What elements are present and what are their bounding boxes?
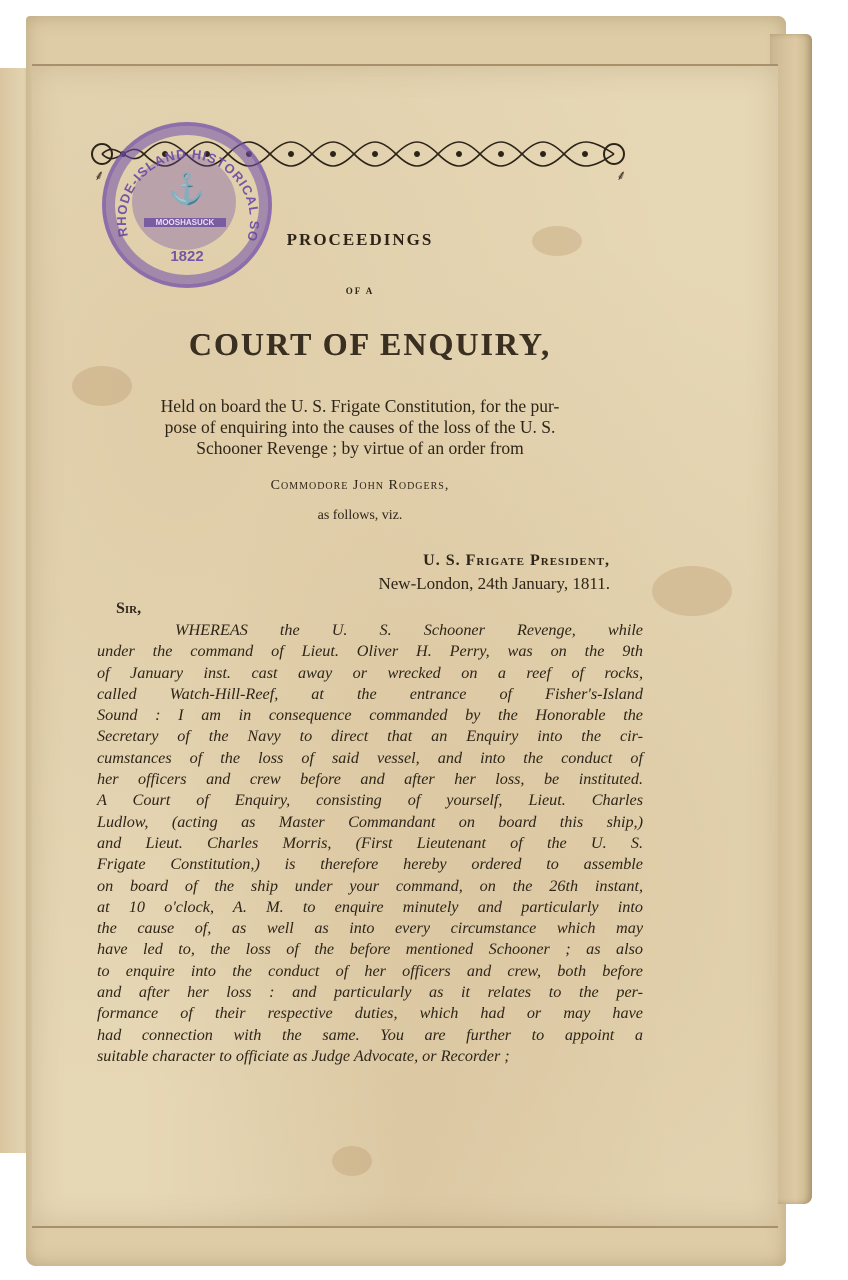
stamp-year: 1822: [106, 248, 268, 265]
ornament-drop-left-icon: ⸙: [94, 166, 105, 185]
body-line: at 10 o'clock, A. M. to enquire minutely…: [97, 897, 643, 918]
body-line: to enquire into the conduct of her offic…: [97, 961, 643, 982]
body-line: and after her loss : and particularly as…: [97, 982, 643, 1003]
as-follows: as follows, viz.: [280, 508, 440, 524]
body-line: her officers and crew before and after h…: [97, 769, 643, 790]
stamp-label: MOOSHASUCK: [144, 218, 226, 227]
body-line: Sound : I am in consequence commanded by…: [97, 705, 643, 726]
body-line: A Court of Enquiry, consisting of yourse…: [97, 790, 643, 811]
letter-place-date: New-London, 24th January, 1811.: [270, 574, 610, 594]
body-line: called Watch-Hill-Reef, at the entrance …: [97, 684, 643, 705]
body-line: under the command of Lieut. Oliver H. Pe…: [97, 641, 643, 662]
body-line: cumstances of the loss of said vessel, a…: [97, 748, 643, 769]
title-proceedings: PROCEEDINGS: [270, 230, 450, 250]
anchor-icon: ⚓: [168, 172, 205, 207]
body-line: suitable character to officiate as Judge…: [97, 1046, 643, 1067]
subtitle: Held on board the U. S. Frigate Constitu…: [92, 396, 628, 459]
ornament-drop-right-icon: ⸙: [616, 166, 627, 185]
body-line: Frigate Constitution,) is therefore here…: [97, 854, 643, 875]
subtitle-line: Held on board the U. S. Frigate Constitu…: [92, 396, 628, 417]
body-line: on board of the ship under your command,…: [97, 876, 643, 897]
body-line: the cause of, as well as into every circ…: [97, 918, 643, 939]
letter-ship: U. S. Frigate President,: [330, 552, 610, 570]
body-line: WHEREAS the U. S. Schooner Revenge, whil…: [97, 620, 643, 641]
body-line: had connection with the same. You are fu…: [97, 1025, 643, 1046]
body-line: Secretary of the Navy to direct that an …: [97, 726, 643, 747]
library-stamp: RHODE-ISLAND HISTORICAL SOCIETY ⚓ MOOSHA…: [102, 122, 272, 288]
letter-body: WHEREAS the U. S. Schooner Revenge, whil…: [97, 620, 643, 1067]
body-line: have led to, the loss of the before ment…: [97, 939, 643, 960]
body-line: Ludlow, (acting as Master Commandant on …: [97, 812, 643, 833]
subtitle-line: pose of enquiring into the causes of the…: [92, 417, 628, 438]
title-of-a: OF A: [330, 286, 390, 296]
body-line: formance of their respective duties, whi…: [97, 1003, 643, 1024]
subtitle-line: Schooner Revenge ; by virtue of an order…: [92, 438, 628, 459]
body-line: of January inst. cast away or wrecked on…: [97, 663, 643, 684]
title-court-of-enquiry: COURT OF ENQUIRY,: [140, 326, 600, 363]
salutation: Sir,: [116, 600, 141, 618]
commodore-name: Commodore John Rodgers,: [180, 478, 540, 494]
body-line: and Lieut. Charles Morris, (First Lieute…: [97, 833, 643, 854]
